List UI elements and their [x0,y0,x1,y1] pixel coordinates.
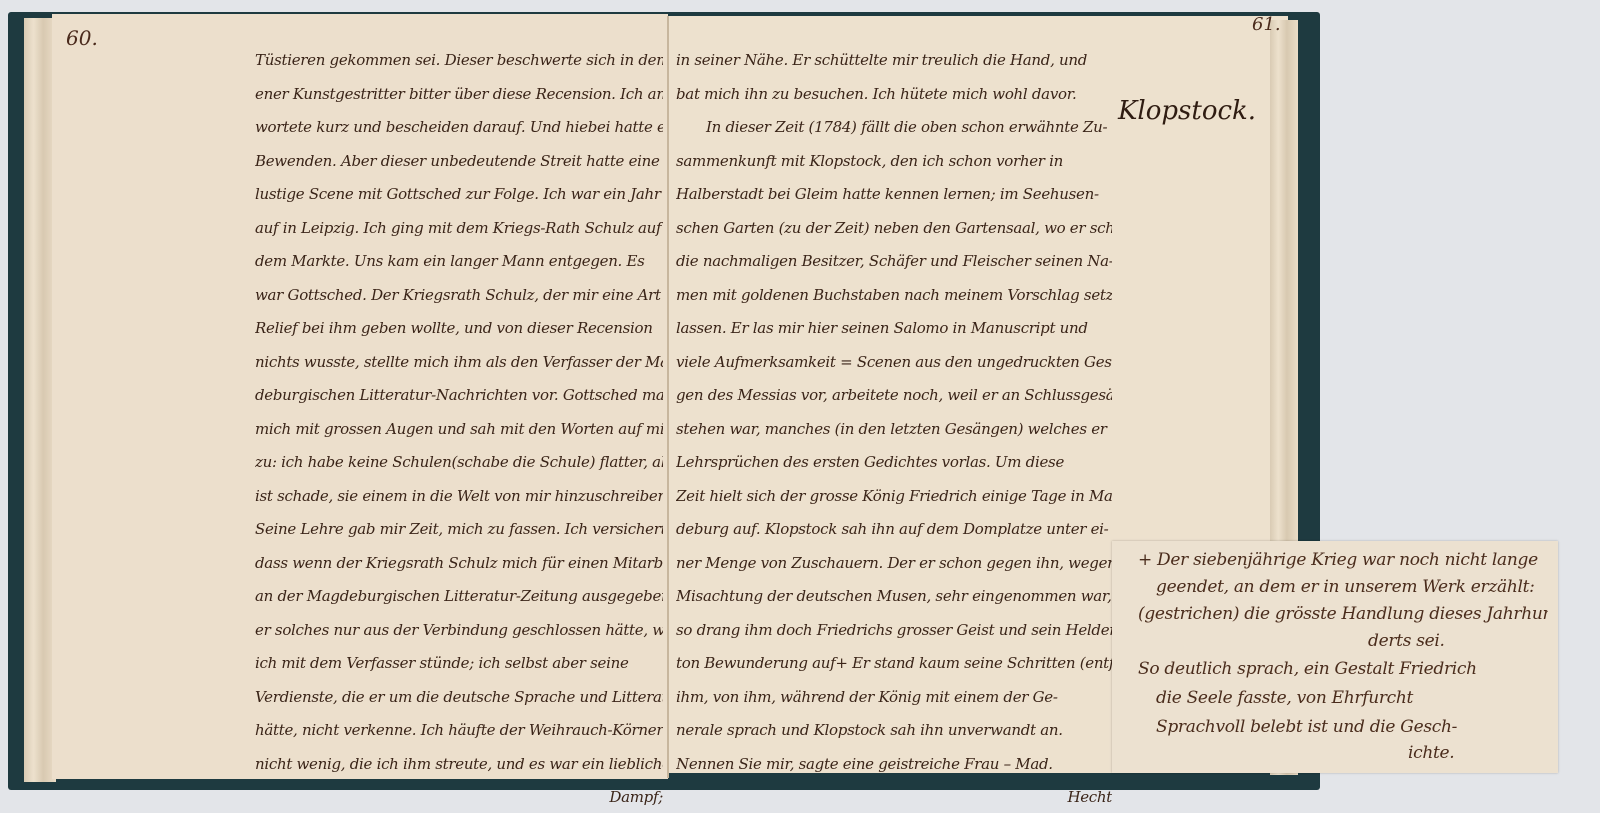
slip-line: Sprachvoll belebt ist und die Gesch- [1138,713,1548,742]
slip-line: die Seele fasste, von Ehrfurcht [1138,684,1548,713]
manuscript-line: ihm, von ihm, während der König mit eine… [676,681,1112,715]
manuscript-line: ner Menge von Zuschauern. Der er schon g… [676,547,1112,581]
manuscript-line: nichts wusste, stellte mich ihm als den … [255,346,663,380]
manuscript-line: Seine Lehre gab mir Zeit, mich zu fassen… [255,513,663,547]
manuscript-line: viele Aufmerksamkeit = Scenen aus den un… [676,346,1112,380]
manuscript-line: Nennen Sie mir, sagte eine geistreiche F… [676,748,1112,782]
manuscript-line: schen Garten (zu der Zeit) neben den Gar… [676,212,1112,246]
slip-line: So deutlich sprach, ein Gestalt Friedric… [1138,655,1548,684]
center-gutter [667,16,669,778]
manuscript-line: er solches nur aus der Verbindung geschl… [255,614,663,648]
slip-line: + Der siebenjährige Krieg war noch nicht… [1138,547,1548,574]
slip-line: geendet, an dem er in unserem Werk erzäh… [1138,574,1548,601]
slip-line: derts sei. [1138,628,1548,655]
left-page-text: Tüstieren gekommen sei. Dieser beschwert… [255,44,663,813]
manuscript-line: so drang ihm doch Friedrichs grosser Gei… [676,614,1112,648]
manuscript-line: In dieser Zeit (1784) fällt die oben sch… [676,111,1112,145]
manuscript-line: ich mit dem Verfasser stünde; ich selbst… [255,647,663,681]
manuscript-line: die nachmaligen Besitzer, Schäfer und Fl… [676,245,1112,279]
left-page-number: 60. [66,26,98,50]
manuscript-line: Zeit hielt sich der grosse König Friedri… [676,480,1112,514]
manuscript-line: Misachtung der deutschen Musen, sehr ein… [676,580,1112,614]
manuscript-line: Tüstieren gekommen sei. Dieser beschwert… [255,44,663,78]
manuscript-line: nicht wenig, die ich ihm streute, und es… [255,748,663,782]
manuscript-line: lassen. Er las mir hier seinen Salomo in… [676,312,1112,346]
manuscript-line: hätte, nicht verkenne. Ich häufte der We… [255,714,663,748]
manuscript-line: stehen war, manches (in den letzten Gesä… [676,413,1112,447]
manuscript-line: ener Kunstgestritter bitter über diese R… [255,78,663,112]
manuscript-line: Lehrsprüchen des ersten Gedichtes vorlas… [676,446,1112,480]
manuscript-line: in seiner Nähe. Er schüttelte mir treuli… [676,44,1112,78]
manuscript-line: wortete kurz und bescheiden darauf. Und … [255,111,663,145]
margin-heading-klopstock: Klopstock. [1118,96,1256,126]
manuscript-line: war Gottsched. Der Kriegsrath Schulz, de… [255,279,663,313]
manuscript-line: bat mich ihn zu besuchen. Ich hütete mic… [676,78,1112,112]
slip-text: + Der siebenjährige Krieg war noch nicht… [1138,547,1548,764]
slip-line: (gestrichen) die grösste Handlung dieses… [1138,601,1548,628]
manuscript-line: dem Markte. Uns kam ein langer Mann entg… [255,245,663,279]
manuscript-line: gen des Messias vor, arbeitete noch, wei… [676,379,1112,413]
manuscript-line: dass wenn der Kriegsrath Schulz mich für… [255,547,663,581]
manuscript-line: ist schade, sie einem in die Welt von mi… [255,480,663,514]
pasted-note-slip: + Der siebenjährige Krieg war noch nicht… [1112,541,1558,773]
manuscript-line: lustige Scene mit Gottsched zur Folge. I… [255,178,663,212]
manuscript-line: Bewenden. Aber dieser unbedeutende Strei… [255,145,663,179]
slip-line: ichte. [1138,742,1548,764]
manuscript-line: sammenkunft mit Klopstock, den ich schon… [676,145,1112,179]
manuscript-line: deburg auf. Klopstock sah ihn auf dem Do… [676,513,1112,547]
manuscript-line: men mit goldenen Buchstaben nach meinem … [676,279,1112,313]
manuscript-line: nerale sprach und Klopstock sah ihn unve… [676,714,1112,748]
manuscript-line: an der Magdeburgischen Litteratur-Zeitun… [255,580,663,614]
right-page-text: in seiner Nähe. Er schüttelte mir treuli… [676,44,1112,813]
manuscript-line: Hecht [676,781,1112,813]
manuscript-line: Halberstadt bei Gleim hatte kennen lerne… [676,178,1112,212]
right-page-number: 61. [1252,14,1281,35]
manuscript-line: deburgischen Litteratur-Nachrichten vor.… [255,379,663,413]
manuscript-line: auf in Leipzig. Ich ging mit dem Kriegs-… [255,212,663,246]
manuscript-line: Verdienste, die er um die deutsche Sprac… [255,681,663,715]
manuscript-line: Relief bei ihm geben wollte, und von die… [255,312,663,346]
manuscript-line: ton Bewunderung auf+ Er stand kaum seine… [676,647,1112,681]
manuscript-line: zu: ich habe keine Schulen(schabe die Sc… [255,446,663,480]
manuscript-line: Dampf; [255,781,663,813]
manuscript-line: mich mit grossen Augen und sah mit den W… [255,413,663,447]
